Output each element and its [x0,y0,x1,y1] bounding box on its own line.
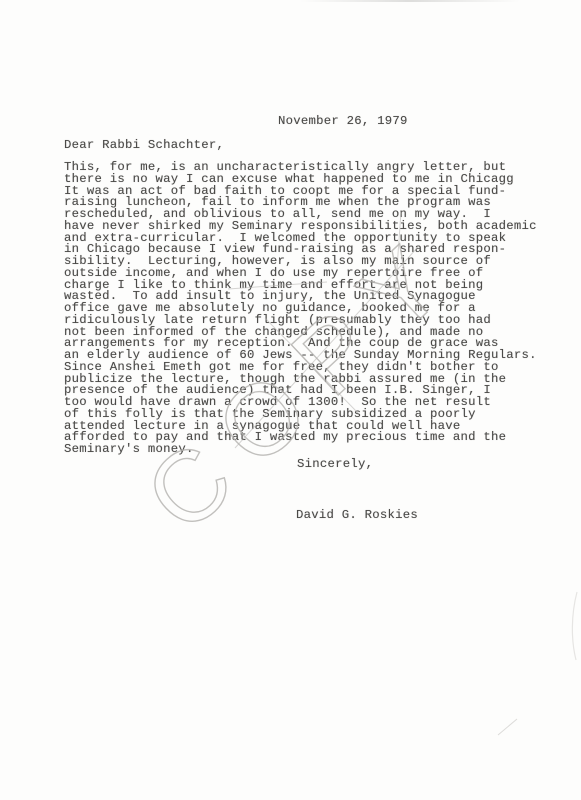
scan-smudge-top [300,0,520,2]
date-line: November 26, 1979 [278,116,408,128]
signature-name: David G. Roskies [296,510,418,522]
letter-body: This, for me, is an uncharacteristically… [64,162,537,456]
closing-line: Sincerely, [297,459,373,471]
letter-page: November 26, 1979 Dear Rabbi Schachter, … [0,0,581,800]
scan-artifacts [498,592,577,735]
salutation-line: Dear Rabbi Schachter, [64,140,224,152]
